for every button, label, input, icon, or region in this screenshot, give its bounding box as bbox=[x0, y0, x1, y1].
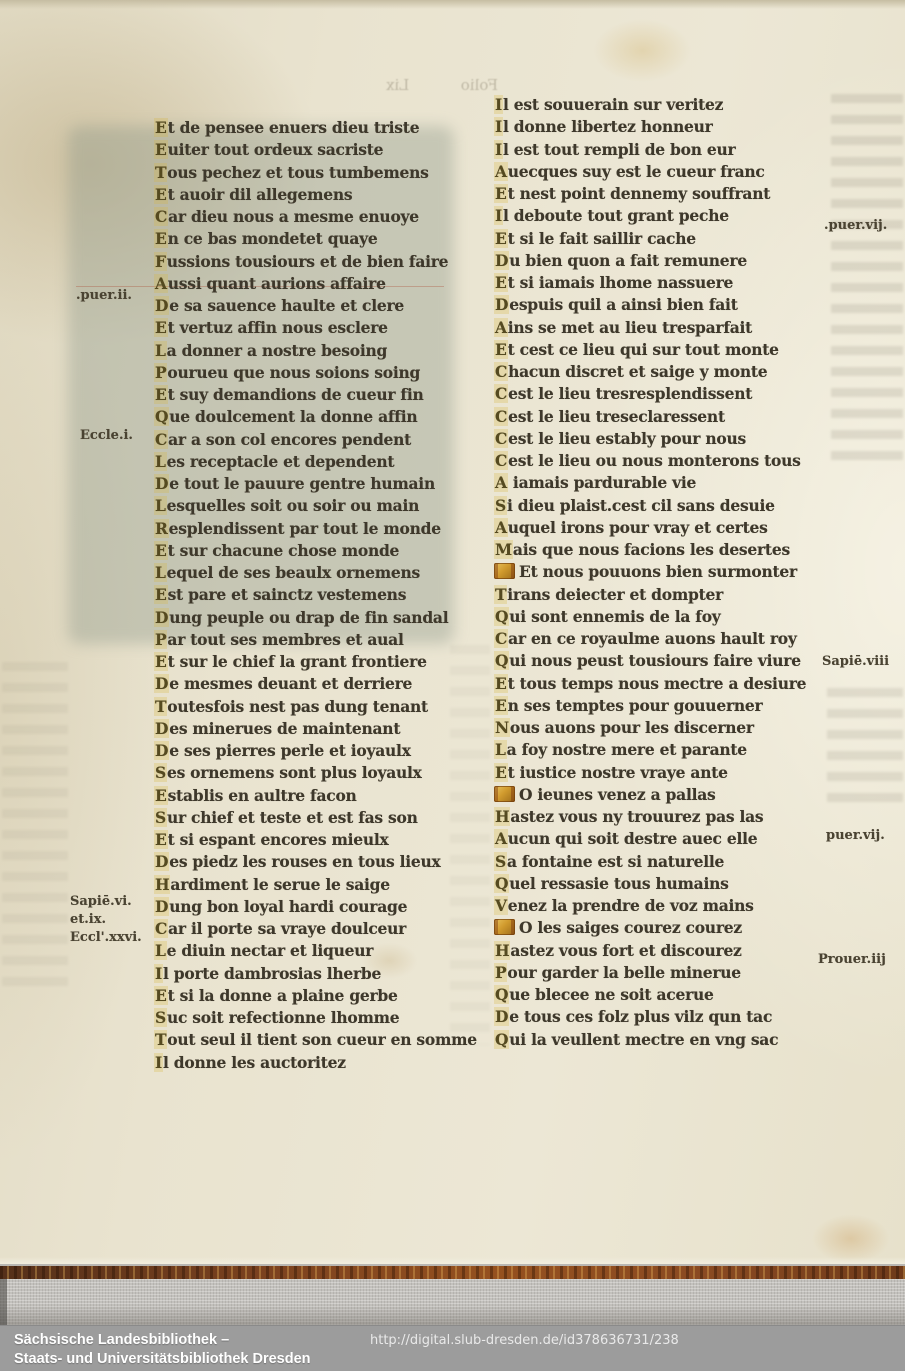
verse-line: De tous ces folz plus vilz qun tac bbox=[494, 1006, 806, 1028]
margin-citation: Sapiē.vi. bbox=[70, 894, 132, 909]
verso-show-through bbox=[831, 94, 903, 466]
text-column-left: Et de pensee enuers dieu tristeEuiter to… bbox=[154, 117, 466, 1074]
verse-line: Et si le fait saillir cache bbox=[494, 228, 806, 250]
verse-line: De sa sauence haulte et clere bbox=[154, 295, 466, 317]
verse-line: Des minerues de maintenant bbox=[154, 718, 466, 740]
verse-line: De ses pierres perle et ioyaulx bbox=[154, 740, 466, 762]
verse-line: Ains se met au lieu tresparfait bbox=[494, 317, 806, 339]
verse-line: Sur chief et teste et est fas son bbox=[154, 807, 466, 829]
margin-citation: et.ix. bbox=[70, 912, 106, 927]
verse-line: Auecques suy est le cueur franc bbox=[494, 161, 806, 183]
verse-line: Suc soit refectionne lhomme bbox=[154, 1007, 466, 1029]
verse-line: Tous pechez et tous tumbemens bbox=[154, 162, 466, 184]
verse-line: Et nous pouuons bien surmonter bbox=[494, 561, 806, 583]
digitized-manuscript-scan: Folio Lix Et de pensee enuers dieu trist… bbox=[0, 0, 905, 1371]
verse-line: Et si la donne a plaine gerbe bbox=[154, 985, 466, 1007]
verse-line: Et sur le chief la grant frontiere bbox=[154, 651, 466, 673]
verse-line: Toutesfois nest pas dung tenant bbox=[154, 696, 466, 718]
source-url: http://digital.slub-dresden.de/id3786367… bbox=[370, 1333, 679, 1348]
library-name: Sächsische Landesbibliothek – Staats- un… bbox=[14, 1331, 311, 1368]
verse-line: Nous auons pour les discerner bbox=[494, 717, 806, 739]
verse-line: La donner a nostre besoing bbox=[154, 340, 466, 362]
cloth-background bbox=[0, 1279, 905, 1325]
verse-line: Despuis quil a ainsi bien fait bbox=[494, 294, 806, 316]
verse-line: O les saiges courez courez bbox=[494, 917, 806, 939]
verse-line: Pour garder la belle minerue bbox=[494, 962, 806, 984]
verse-line: Qui sont ennemis de la foy bbox=[494, 606, 806, 628]
verse-line: Et si iamais lhome nassuere bbox=[494, 272, 806, 294]
verse-line: Dung peuple ou drap de fin sandal bbox=[154, 607, 466, 629]
verse-line: Auquel irons pour vray et certes bbox=[494, 517, 806, 539]
verse-line: Il est souuerain sur veritez bbox=[494, 94, 806, 116]
verse-line: Hardiment le serue le saige bbox=[154, 874, 466, 896]
verse-line: A iamais pardurable vie bbox=[494, 472, 806, 494]
verse-line: Pourueu que nous soions soing bbox=[154, 362, 466, 384]
verse-line: Que blecee ne soit acerue bbox=[494, 984, 806, 1006]
verse-line: Quel ressasie tous humains bbox=[494, 873, 806, 895]
verse-line: Chacun discret et saige y monte bbox=[494, 361, 806, 383]
verse-line: Les receptacle et dependent bbox=[154, 451, 466, 473]
verse-line: Et suy demandions de cueur fin bbox=[154, 384, 466, 406]
margin-citation: Prouer.iij bbox=[818, 952, 886, 967]
verse-line: Car dieu nous a mesme enuoye bbox=[154, 206, 466, 228]
verse-line: O ieunes venez a pallas bbox=[494, 784, 806, 806]
verse-line: Des piedz les rouses en tous lieux bbox=[154, 851, 466, 873]
verse-line: Aucun qui soit destre auec elle bbox=[494, 828, 806, 850]
margin-citation: Eccle.i. bbox=[80, 428, 133, 443]
verse-line: Dung bon loyal hardi courage bbox=[154, 896, 466, 918]
verse-line: Que doulcement la donne affin bbox=[154, 406, 466, 428]
folio-number: Lix bbox=[386, 76, 409, 94]
verse-line: Cest le lieu ou nous monterons tous bbox=[494, 450, 806, 472]
verse-line: Resplendissent par tout le monde bbox=[154, 518, 466, 540]
folio-heading-show-through: Folio Lix bbox=[386, 76, 498, 94]
verse-line: Si dieu plaist.cest cil sans desuie bbox=[494, 495, 806, 517]
verse-line: Et nest point dennemy souffrant bbox=[494, 183, 806, 205]
verse-line: Il donne les auctoritez bbox=[154, 1052, 466, 1074]
verse-line: Lequel de ses beaulx ornemens bbox=[154, 562, 466, 584]
verse-line: Il est tout rempli de bon eur bbox=[494, 139, 806, 161]
margin-citation: Eccl'.xxvi. bbox=[70, 930, 142, 945]
verse-line: Hastez vous ny trouurez pas las bbox=[494, 806, 806, 828]
verse-line: Car a son col encores pendent bbox=[154, 429, 466, 451]
verso-show-through bbox=[2, 662, 68, 992]
verse-line: Cest le lieu estably pour nous bbox=[494, 428, 806, 450]
margin-citation: .puer.ii. bbox=[76, 288, 132, 303]
verse-line: Il deboute tout grant peche bbox=[494, 205, 806, 227]
verse-line: Et si espant encores mieulx bbox=[154, 829, 466, 851]
verse-line: Par tout ses membres et aual bbox=[154, 629, 466, 651]
verse-line: Car en ce royaulme auons hault roy bbox=[494, 628, 806, 650]
cloth-shadow bbox=[0, 1279, 7, 1325]
verse-line: Euiter tout ordeux sacriste bbox=[154, 139, 466, 161]
library-name-line2: Staats- und Universitätsbibliothek Dresd… bbox=[14, 1350, 311, 1369]
verse-line: Cest le lieu tresresplendissent bbox=[494, 383, 806, 405]
verse-line: Et sur chacune chose monde bbox=[154, 540, 466, 562]
margin-citation: puer.vij. bbox=[826, 828, 885, 843]
verse-line: Fussions tousiours et de bien faire bbox=[154, 251, 466, 273]
verse-line: De mesmes deuant et derriere bbox=[154, 673, 466, 695]
verse-line: Et iustice nostre vraye ante bbox=[494, 762, 806, 784]
verse-line: Cest le lieu treseclaressent bbox=[494, 406, 806, 428]
verse-line: Et tous temps nous mectre a desiure bbox=[494, 673, 806, 695]
margin-citation: Sapiē.viii bbox=[822, 654, 889, 669]
verse-line: Il donne libertez honneur bbox=[494, 116, 806, 138]
library-name-line1: Sächsische Landesbibliothek – bbox=[14, 1331, 311, 1350]
verse-line: De tout le pauure gentre humain bbox=[154, 473, 466, 495]
verse-line: Et vertuz affin nous esclere bbox=[154, 317, 466, 339]
verse-line: Et de pensee enuers dieu triste bbox=[154, 117, 466, 139]
verse-line: Et auoir dil allegemens bbox=[154, 184, 466, 206]
verse-line: Qui la veullent mectre en vng sac bbox=[494, 1029, 806, 1051]
verse-line: En ses temptes pour gouuerner bbox=[494, 695, 806, 717]
margin-citation: .puer.vij. bbox=[824, 218, 887, 233]
book-edge-stain bbox=[0, 1266, 905, 1279]
verse-line: Sa fontaine est si naturelle bbox=[494, 851, 806, 873]
verse-line: Mais que nous facions les desertes bbox=[494, 539, 806, 561]
verse-line: Hastez vous fort et discourez bbox=[494, 940, 806, 962]
verse-line: Le diuin nectar et liqueur bbox=[154, 940, 466, 962]
verse-line: La foy nostre mere et parante bbox=[494, 739, 806, 761]
verse-line: Ses ornemens sont plus loyaulx bbox=[154, 762, 466, 784]
verse-line: Establis en aultre facon bbox=[154, 785, 466, 807]
verse-line: Tirans deiecter et dompter bbox=[494, 584, 806, 606]
verse-line: Qui nous peust tousiours faire viure bbox=[494, 650, 806, 672]
verse-line: Tout seul il tient son cueur en somme bbox=[154, 1029, 466, 1051]
verse-line: Il porte dambrosias lherbe bbox=[154, 963, 466, 985]
verso-show-through bbox=[827, 688, 903, 806]
verse-line: Car il porte sa vraye doulceur bbox=[154, 918, 466, 940]
verse-line: En ce bas mondetet quaye bbox=[154, 228, 466, 250]
folio-label: Folio bbox=[461, 76, 498, 94]
verse-line: Venez la prendre de voz mains bbox=[494, 895, 806, 917]
verse-line: Lesquelles soit ou soir ou main bbox=[154, 495, 466, 517]
verse-line: Et cest ce lieu qui sur tout monte bbox=[494, 339, 806, 361]
text-column-right: Il est souuerain sur veritezIl donne lib… bbox=[494, 94, 806, 1051]
verse-line: Du bien quon a fait remunere bbox=[494, 250, 806, 272]
verse-line: Aussi quant aurions affaire bbox=[154, 273, 466, 295]
verse-line: Est pare et sainctz vestemens bbox=[154, 584, 466, 606]
